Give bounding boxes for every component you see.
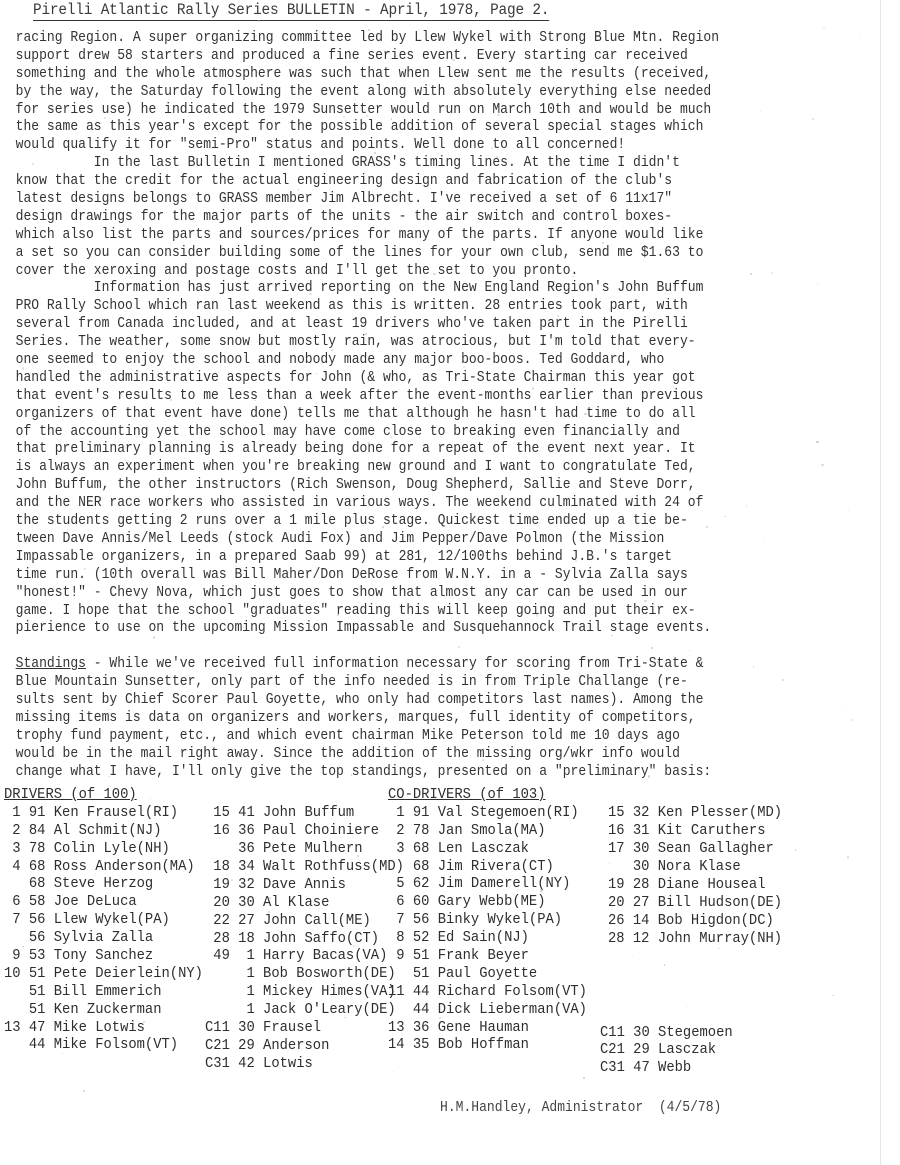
copy-speck bbox=[842, 705, 843, 706]
text-line: tween Dave Annis/Mel Leeds (stock Audi F… bbox=[0, 531, 815, 549]
standings-row: 6 60 Gary Webb(ME) bbox=[388, 893, 587, 911]
copy-speck bbox=[648, 775, 650, 777]
text-line: Blue Mountain Sunsetter, only part of th… bbox=[0, 674, 815, 692]
copy-speck bbox=[718, 948, 720, 950]
standings-row: 51 Ken Zuckerman bbox=[4, 1001, 203, 1019]
standings-row: C31 47 Webb bbox=[600, 1059, 733, 1077]
copy-speck bbox=[93, 464, 95, 466]
copy-speck bbox=[349, 846, 351, 848]
standings-row: C21 29 Anderson bbox=[205, 1037, 404, 1055]
text-line: that preliminary planning is already bei… bbox=[0, 441, 815, 459]
text-line: and the NER race workers who assisted in… bbox=[0, 495, 815, 513]
copy-speck bbox=[208, 449, 210, 451]
copy-speck bbox=[433, 273, 435, 275]
standings-row: 49 1 Harry Bacas(VA) bbox=[205, 947, 404, 965]
copy-speck bbox=[351, 774, 352, 775]
text-line: missing items is data on organizers and … bbox=[0, 710, 815, 728]
text-line: In the last Bulletin I mentioned GRASS's… bbox=[0, 155, 815, 173]
standings-row: 2 84 Al Schmit(NJ) bbox=[4, 822, 203, 840]
standings-row: C31 42 Lotwis bbox=[205, 1055, 404, 1073]
text-line: racing Region. A super organizing commit… bbox=[0, 30, 815, 48]
paragraphs: racing Region. A super organizing commit… bbox=[0, 30, 900, 656]
drivers-column-2-wrap: 15 41 John Buffum 16 36 Paul Choiniere 3… bbox=[205, 804, 412, 1072]
copy-speck bbox=[153, 636, 155, 638]
copy-speck bbox=[26, 40, 28, 42]
codrivers-column-3: C11 30 StegemoenC21 29 LasczakC31 47 Web… bbox=[600, 1024, 738, 1078]
standings-row: 16 31 Kit Caruthers bbox=[608, 822, 782, 840]
standings-row: 7 56 Binky Wykel(PA) bbox=[388, 911, 587, 929]
text-line: game. I hope that the school "graduates"… bbox=[0, 603, 815, 621]
text-line: know that the credit for the actual engi… bbox=[0, 173, 815, 191]
standings-row: 68 Steve Herzog bbox=[4, 875, 203, 893]
copy-speck bbox=[309, 293, 311, 295]
standings-row: 13 47 Mike Lotwis bbox=[4, 1019, 203, 1037]
text-line: support drew 58 starters and produced a … bbox=[0, 48, 815, 66]
standings-row: 9 51 Frank Beyer bbox=[388, 947, 587, 965]
standings-row: 2 78 Jan Smola(MA) bbox=[388, 822, 587, 840]
standings-row: 51 Paul Goyette bbox=[388, 965, 587, 983]
codrivers-column-2-wrap: 15 32 Ken Plesser(MD)16 31 Kit Caruthers… bbox=[608, 804, 789, 947]
standings-row: 44 Dick Lieberman(VA) bbox=[388, 1001, 587, 1019]
standings-row: 15 41 John Buffum bbox=[205, 804, 404, 822]
text-line: time run. (10th overall was Bill Maher/D… bbox=[0, 567, 815, 585]
copy-speck bbox=[540, 889, 542, 891]
standings-row: 1 Mickey Himes(VA) bbox=[205, 983, 404, 1001]
copy-speck bbox=[632, 956, 633, 957]
standings-row: 30 Nora Klase bbox=[608, 858, 782, 876]
copy-speck bbox=[104, 117, 106, 119]
copy-speck bbox=[463, 366, 464, 367]
standings-row: 13 36 Gene Hauman bbox=[388, 1019, 587, 1037]
copy-speck bbox=[365, 333, 367, 335]
text-line: something and the whole atmosphere was s… bbox=[0, 66, 815, 84]
standings-row: 7 56 Llew Wykel(PA) bbox=[4, 911, 203, 929]
drivers-column-1: 1 91 Ken Frausel(RI) 2 84 Al Schmit(NJ) … bbox=[4, 804, 211, 1054]
copy-speck bbox=[491, 147, 493, 149]
copy-speck bbox=[401, 853, 402, 854]
codrivers-column-1: 1 91 Val Stegemoen(RI) 2 78 Jan Smola(MA… bbox=[388, 804, 595, 1054]
copy-speck bbox=[706, 526, 707, 527]
text-line: change what I have, I'll only give the t… bbox=[0, 764, 815, 782]
standings-row: 56 Sylvia Zalla bbox=[4, 929, 203, 947]
standings-heading: Standings bbox=[16, 656, 86, 672]
text-line: of the accounting yet the school may hav… bbox=[0, 424, 815, 442]
standings-row: 28 12 John Murray(NH) bbox=[608, 930, 782, 948]
copy-speck bbox=[482, 759, 484, 761]
standings-row: 18 34 Walt Rothfuss(MD) bbox=[205, 858, 404, 876]
standings-row: 14 35 Bob Hoffman bbox=[388, 1036, 587, 1054]
copy-speck bbox=[152, 551, 154, 553]
standings-row: 10 51 Pete Deierlein(NY) bbox=[4, 965, 203, 983]
standings-row: C21 29 Lasczak bbox=[600, 1041, 733, 1059]
standings-row: 6 58 Joe DeLuca bbox=[4, 893, 203, 911]
copy-speck bbox=[316, 402, 317, 403]
copy-speck bbox=[22, 367, 25, 370]
text-line: pierience to use on the upcoming Mission… bbox=[0, 620, 815, 638]
standings-row: 17 30 Sean Gallagher bbox=[608, 840, 782, 858]
standings-row: 26 14 Bob Higdon(DC) bbox=[608, 912, 782, 930]
copy-speck bbox=[96, 592, 98, 594]
text-line: which also list the parts and sources/pr… bbox=[0, 227, 815, 245]
text-line: organizers of that event have done) tell… bbox=[0, 406, 815, 424]
page-header: Pirelli Atlantic Rally Series BULLETIN -… bbox=[33, 1, 549, 21]
text-line: several from Canada included, and at lea… bbox=[0, 316, 815, 334]
copy-speck bbox=[258, 20, 260, 22]
text-line: one seemed to enjoy the school and nobod… bbox=[0, 352, 815, 370]
standings-row: C11 30 Stegemoen bbox=[600, 1024, 733, 1042]
copy-speck bbox=[583, 1077, 585, 1079]
copy-speck bbox=[686, 1006, 687, 1007]
copy-speck bbox=[275, 991, 278, 994]
copy-speck bbox=[532, 387, 535, 390]
standings-row: 1 Bob Bosworth(DE) bbox=[205, 965, 404, 983]
standings-row: 36 Pete Mulhern bbox=[205, 840, 404, 858]
drivers-column-2: 15 41 John Buffum 16 36 Paul Choiniere 3… bbox=[205, 804, 412, 1072]
copy-speck bbox=[150, 798, 151, 799]
bulletin-body: racing Region. A super organizing commit… bbox=[0, 30, 900, 781]
copy-speck bbox=[43, 87, 45, 89]
standings-row: 4 68 Ross Anderson(MA) bbox=[4, 858, 203, 876]
copy-speck bbox=[22, 946, 23, 947]
codrivers-column-3-wrap: C11 30 StegemoenC21 29 LasczakC31 47 Web… bbox=[600, 1024, 738, 1078]
copy-speck bbox=[644, 600, 646, 602]
standings-row: 9 53 Tony Sanchez bbox=[4, 947, 203, 965]
drivers-title: DRIVERS (of 100) bbox=[4, 786, 203, 804]
copy-speck bbox=[289, 52, 291, 54]
copy-speck bbox=[337, 614, 339, 616]
copy-speck bbox=[449, 106, 451, 108]
text-line: for series use) he indicated the 1979 Su… bbox=[0, 102, 815, 120]
copy-speck bbox=[390, 436, 392, 438]
text-line: the students getting 2 runs over a 1 mil… bbox=[0, 513, 815, 531]
copy-speck bbox=[664, 964, 665, 965]
text-line: that event's results to me less than a w… bbox=[0, 388, 815, 406]
standings-row: 3 68 Len Lasczak bbox=[388, 840, 587, 858]
copy-speck bbox=[847, 856, 849, 858]
copy-speck bbox=[141, 182, 142, 183]
standings-row: 20 30 Al Klase bbox=[205, 894, 404, 912]
text-line: design drawings for the major parts of t… bbox=[0, 209, 815, 227]
standings-row: 15 32 Ken Plesser(MD) bbox=[608, 804, 782, 822]
drivers-table: DRIVERS (of 100) 1 91 Ken Frausel(RI) 2 … bbox=[4, 786, 211, 1054]
copy-speck bbox=[823, 28, 824, 29]
standings-row: C11 30 Frausel bbox=[205, 1019, 404, 1037]
text-line: would be in the mail right away. Since t… bbox=[0, 746, 815, 764]
standings-row: 5 62 Jim Damerell(NY) bbox=[388, 875, 587, 893]
copy-speck bbox=[610, 886, 612, 888]
copy-speck bbox=[40, 376, 42, 378]
text-line: is always an experiment when you're brea… bbox=[0, 459, 815, 477]
copy-speck bbox=[83, 1090, 85, 1092]
standings-row: 68 Jim Rivera(CT) bbox=[388, 858, 587, 876]
standings-row: 44 Mike Folsom(VT) bbox=[4, 1036, 203, 1054]
text-line: latest designs belongs to GRASS member J… bbox=[0, 191, 815, 209]
standings-row: 19 32 Dave Annis bbox=[205, 876, 404, 894]
text-line: John Buffum, the other instructors (Rich… bbox=[0, 477, 815, 495]
text-line: sults sent by Chief Scorer Paul Goyette,… bbox=[0, 692, 815, 710]
bulletin-page: Pirelli Atlantic Rally Series BULLETIN -… bbox=[0, 0, 900, 1165]
standings-row: 28 18 John Saffo(CT) bbox=[205, 930, 404, 948]
copy-speck bbox=[314, 108, 316, 110]
copy-speck bbox=[795, 849, 797, 851]
text-line: Impassable organizers, in a prepared Saa… bbox=[0, 549, 815, 567]
standings-first-line: Standings - While we've received full in… bbox=[0, 656, 815, 674]
administrator-signature: H.M.Handley, Administrator (4/5/78) bbox=[440, 1100, 721, 1116]
codrivers-title: CO-DRIVERS (of 103) bbox=[388, 786, 587, 804]
standings-row: 1 91 Val Stegemoen(RI) bbox=[388, 804, 587, 822]
copy-speck bbox=[458, 646, 459, 647]
standings-row: 8 52 Ed Sain(NJ) bbox=[388, 929, 587, 947]
codrivers-table: CO-DRIVERS (of 103) 1 91 Val Stegemoen(R… bbox=[388, 786, 595, 1054]
text-line: the same as this year's except for the p… bbox=[0, 119, 815, 137]
copy-speck bbox=[353, 945, 355, 947]
copy-speck bbox=[330, 534, 331, 535]
standings-row: 20 27 Bill Hudson(DE) bbox=[608, 894, 782, 912]
text-line: PRO Rally School which ran last weekend … bbox=[0, 298, 815, 316]
text-line: by the way, the Saturday following the e… bbox=[0, 84, 815, 102]
copy-speck bbox=[275, 52, 276, 53]
copy-speck bbox=[170, 399, 172, 401]
copy-speck bbox=[816, 441, 818, 443]
copy-speck bbox=[494, 796, 495, 797]
standings-row: 22 27 John Call(ME) bbox=[205, 912, 404, 930]
standings-row: 1 91 Ken Frausel(RI) bbox=[4, 804, 203, 822]
copy-speck bbox=[657, 661, 659, 663]
copy-speck bbox=[344, 1017, 345, 1018]
copy-speck bbox=[269, 897, 271, 899]
standings-row: 51 Bill Emmerich bbox=[4, 983, 203, 1001]
copy-speck bbox=[782, 679, 783, 680]
text-line: "honest!" - Chevy Nova, which just goes … bbox=[0, 585, 815, 603]
copy-speck bbox=[557, 315, 559, 317]
text-line: Information has just arrived reporting o… bbox=[0, 280, 815, 298]
copy-speck bbox=[143, 1021, 145, 1023]
text-line: trophy fund payment, etc., and which eve… bbox=[0, 728, 815, 746]
standings-row: 11 44 Richard Folsom(VT) bbox=[388, 983, 587, 1001]
copy-speck bbox=[485, 1010, 487, 1012]
standings-row: 1 Jack O'Leary(DE) bbox=[205, 1001, 404, 1019]
text-line: Series. The weather, some snow but mostl… bbox=[0, 334, 815, 352]
standings-section: Standings - While we've received full in… bbox=[0, 656, 900, 781]
standings-row: 3 78 Colin Lyle(NH) bbox=[4, 840, 203, 858]
standings-row: 16 36 Paul Choiniere bbox=[205, 822, 404, 840]
copy-speck bbox=[149, 765, 151, 767]
copy-speck bbox=[497, 114, 499, 116]
copy-speck bbox=[832, 995, 834, 997]
standings-intro-lines: Blue Mountain Sunsetter, only part of th… bbox=[0, 674, 900, 781]
codrivers-column-2: 15 32 Ken Plesser(MD)16 31 Kit Caruthers… bbox=[608, 804, 789, 947]
copy-speck bbox=[452, 59, 455, 62]
text-line: cover the xeroxing and postage costs and… bbox=[0, 263, 815, 281]
text-line: would qualify it for "semi-Pro" status a… bbox=[0, 137, 815, 155]
copy-speck bbox=[268, 911, 270, 913]
standings-row: 19 28 Diane Houseal bbox=[608, 876, 782, 894]
text-line: handled the administrative aspects for J… bbox=[0, 370, 815, 388]
copy-speck bbox=[743, 842, 745, 844]
copy-speck bbox=[343, 116, 345, 118]
copy-speck bbox=[437, 481, 438, 482]
text-line: a set so you can consider building some … bbox=[0, 245, 815, 263]
spacer bbox=[0, 638, 815, 656]
copy-speck bbox=[536, 614, 538, 616]
